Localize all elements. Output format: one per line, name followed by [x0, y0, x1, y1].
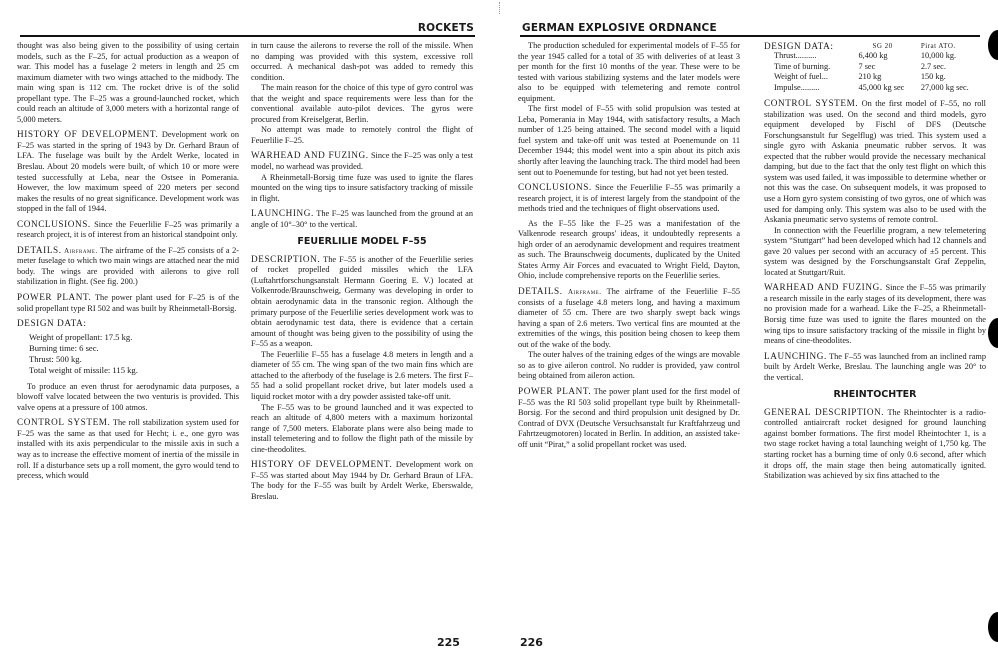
design-item: Burning time: 6 sec. [29, 343, 239, 354]
paragraph-ailerons: in turn cause the ailerons to reverse th… [251, 41, 473, 83]
paragraph-f55-power-plant: POWER PLANT. The power plant used for th… [518, 386, 740, 450]
paragraph-f55-tests: The first model of F–55 with solid propu… [518, 104, 740, 178]
column-header-pirat-ato: Pirat ATO. [921, 41, 986, 51]
design-data-table: DESIGN DATA: SG 20 Pirat ATO. Thrust....… [764, 41, 986, 93]
paragraph-f25-intro: thought was also being given to the poss… [17, 41, 239, 125]
heading-history: HISTORY OF DEVELOPMENT. [17, 129, 158, 139]
heading-control-system: CONTROL SYSTEM. [764, 98, 858, 108]
paragraph-f55-details: DETAILS. Airframe. The airframe of the F… [518, 286, 740, 350]
paragraph-f25-conclusions: CONCLUSIONS. Since the Feuerlilie F–25 w… [17, 219, 239, 241]
heading-general-description: GENERAL DESCRIPTION. [764, 407, 884, 417]
heading-launching: LAUNCHING. [764, 351, 827, 361]
paragraph-f25-history: HISTORY OF DEVELOPMENT. Development work… [17, 129, 239, 214]
right-page-column-1: The production scheduled for experimenta… [518, 41, 740, 454]
paragraph-f55-fuselage: The Feuerlilie F–55 has a fuselage 4.8 m… [251, 350, 473, 403]
paragraph-aileron-control: The outer halves of the training edges o… [518, 350, 740, 382]
design-item: Total weight of missile: 115 kg. [29, 365, 239, 376]
paragraph-f55-conclusions: CONCLUSIONS. Since the Feuerlilie F–55 w… [518, 182, 740, 215]
heading-details: DETAILS. [518, 286, 563, 296]
running-head-rockets: ROCKETS [418, 22, 474, 34]
heading-control-system: CONTROL SYSTEM. [17, 417, 110, 427]
heading-launching: LAUNCHING. [251, 208, 314, 218]
paragraph-production-schedule: The production scheduled for experimenta… [518, 41, 740, 104]
subheading-airframe: Airframe. [568, 288, 602, 296]
paragraph-volkenrode: As the F–55 like the F–25 was a manifest… [518, 219, 740, 282]
paragraph-f55-warhead: WARHEAD AND FUZING. Since the F–55 was p… [764, 282, 986, 346]
heading-details: DETAILS. [17, 245, 62, 255]
design-item: Thrust: 500 kg. [29, 354, 239, 365]
right-page-column-2: DESIGN DATA: SG 20 Pirat ATO. Thrust....… [764, 41, 986, 486]
heading-conclusions: CONCLUSIONS. [518, 182, 592, 192]
binder-hole-mark [988, 318, 998, 348]
page-226: GERMAN EXPLOSIVE ORDNANCE The production… [500, 0, 998, 659]
section-title-f55: FEUERLILIE MODEL F–55 [251, 237, 473, 248]
heading-warhead: WARHEAD AND FUZING. [764, 282, 883, 292]
table-row: Thrust.......... 6,400 kg 10,000 kg. [764, 51, 986, 61]
table-row: Weight of fuel... 210 kg 150 kg. [764, 72, 986, 82]
page-number: 226 [520, 636, 543, 649]
binder-hole-mark [988, 30, 998, 60]
heading-design-data: DESIGN DATA: [17, 318, 239, 329]
design-item: Weight of propellant: 17.5 kg. [29, 332, 239, 343]
page-225: ROCKETS thought was also being given to … [0, 0, 500, 659]
paragraph-f25-power-plant: POWER PLANT. The power plant used for F–… [17, 292, 239, 314]
running-head-german-explosive-ordnance: GERMAN EXPLOSIVE ORDNANCE [522, 22, 717, 34]
paragraph-blowoff-valve: To produce an even thrust for aerodynami… [17, 382, 239, 414]
left-page-column-1: thought was also being given to the poss… [17, 41, 239, 486]
heading-description: DESCRIPTION. [251, 254, 320, 264]
subheading-airframe: Airframe. [64, 247, 98, 255]
design-data-list: Weight of propellant: 17.5 kg. Burning t… [29, 332, 239, 376]
paragraph-telemetering: In connection with the Feuerlilie progra… [764, 226, 986, 279]
paragraph-f25-details: DETAILS. Airframe. The airframe of the F… [17, 245, 239, 288]
heading-history: HISTORY OF DEVELOPMENT. [251, 459, 392, 469]
paragraph-f25-fuze: A Rheinmetall-Borsig time fuze was used … [251, 173, 473, 205]
page-number: 225 [437, 636, 460, 649]
paragraph-f55-launching: LAUNCHING. The F–55 was launched from an… [764, 351, 986, 384]
paragraph-no-remote-control: No attempt was made to remotely control … [251, 125, 473, 146]
paragraph-f25-warhead: WARHEAD AND FUZING. Since the F–25 was o… [251, 150, 473, 172]
heading-power-plant: POWER PLANT. [17, 292, 91, 302]
heading-warhead: WARHEAD AND FUZING. [251, 150, 369, 160]
heading-conclusions: CONCLUSIONS. [17, 219, 91, 229]
heading-design-data: DESIGN DATA: [764, 41, 858, 51]
paragraph-f55-ground-launch: The F–55 was to be ground launched and i… [251, 403, 473, 456]
heading-power-plant: POWER PLANT. [518, 386, 591, 396]
paragraph-gyro-choice: The main reason for the choice of this t… [251, 83, 473, 125]
header-rule [20, 35, 475, 37]
table-row: Time of burning. 7 sec 2.7 sec. [764, 62, 986, 72]
left-page-column-2: in turn cause the ailerons to reverse th… [251, 41, 473, 506]
paragraph-f25-launching: LAUNCHING. The F–25 was launched from th… [251, 208, 473, 230]
column-header-sg20: SG 20 [858, 41, 920, 51]
paragraph-f25-control-system: CONTROL SYSTEM. The roll stabilization s… [17, 417, 239, 481]
paragraph-rheintochter-description: GENERAL DESCRIPTION. The Rheintochter is… [764, 407, 986, 482]
paragraph-f55-description: DESCRIPTION. The F–55 is another of the … [251, 254, 473, 350]
binder-hole-mark [988, 612, 998, 642]
header-rule [520, 35, 980, 37]
paragraph-f55-history: HISTORY OF DEVELOPMENT. Development work… [251, 459, 473, 502]
section-title-rheintochter: RHEINTOCHTER [764, 390, 986, 401]
table-row: Impulse......... 45,000 kg sec 27,000 kg… [764, 83, 986, 93]
paragraph-f55-control-system: CONTROL SYSTEM. On the first model of F–… [764, 98, 986, 226]
